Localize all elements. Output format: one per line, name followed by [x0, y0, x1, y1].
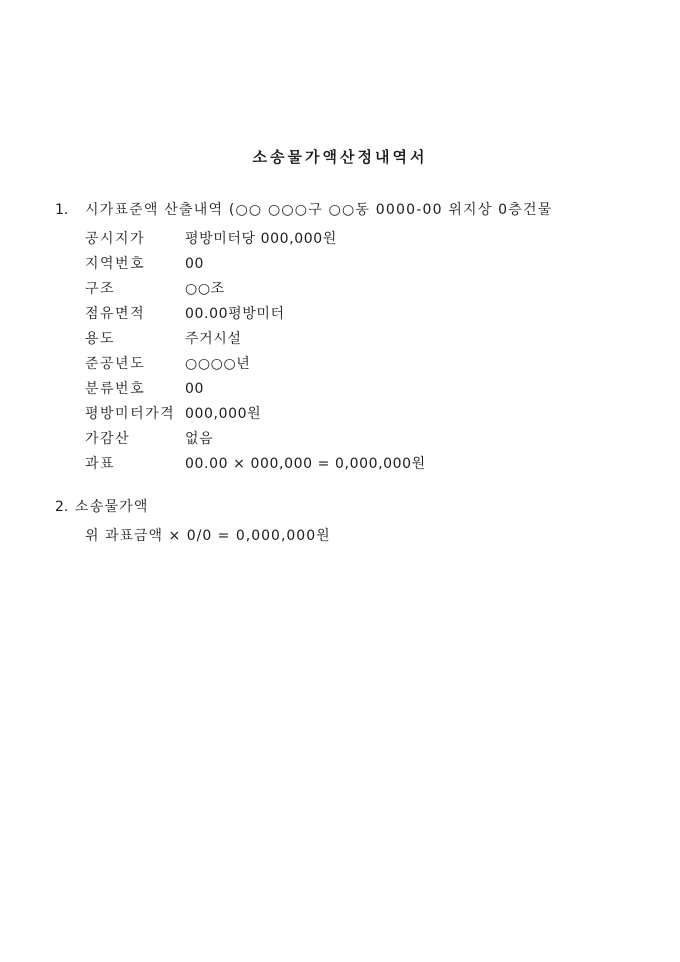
row-label: 평방미터가격: [85, 405, 185, 423]
detail-row-usage: 용도 주거시설: [85, 330, 552, 355]
row-label: 공시지가: [85, 230, 185, 248]
row-value: 주거시설: [185, 330, 242, 348]
section-2-heading: 2. 소송물가액: [55, 498, 331, 516]
detail-row-classification-number: 분류번호 00: [85, 380, 552, 405]
row-label: 지역번호: [85, 255, 185, 273]
detail-row-region-number: 지역번호 00: [85, 255, 552, 280]
row-label: 구조: [85, 280, 185, 298]
detail-row-structure: 구조 ○○조: [85, 280, 552, 305]
row-value: ○○○○년: [185, 355, 250, 373]
row-label: 분류번호: [85, 380, 185, 398]
section-1: 1. 시가표준액 산출내역 (○○ ○○○구 ○○동 0000-00 위지상 0…: [55, 201, 552, 480]
row-value: 000,000원: [185, 405, 261, 423]
detail-rows: 공시지가 평방미터당 000,000원 지역번호 00 구조 ○○조 점유면적 …: [85, 230, 552, 480]
section-2-number: 2.: [55, 498, 75, 516]
detail-row-price-per-sqm: 평방미터가격 000,000원: [85, 405, 552, 430]
row-value: ○○조: [185, 280, 225, 298]
row-value: 00.00평방미터: [185, 305, 285, 323]
row-value: 없음: [185, 430, 213, 448]
section-1-title: 시가표준액 산출내역 (○○ ○○○구 ○○동 0000-00 위지상 0층건물: [85, 201, 552, 219]
document-page: 소송물가액산정내역서 1. 시가표준액 산출내역 (○○ ○○○구 ○○동 00…: [0, 0, 680, 962]
section-2-formula: 위 과표금액 × 0/0 = 0,000,000원: [85, 527, 331, 545]
section-2-title: 소송물가액: [75, 498, 149, 516]
detail-row-occupied-area: 점유면적 00.00평방미터: [85, 305, 552, 330]
row-value: 00: [185, 255, 204, 273]
section-2: 2. 소송물가액 위 과표금액 × 0/0 = 0,000,000원: [55, 498, 331, 545]
row-label: 점유면적: [85, 305, 185, 323]
row-label: 가감산: [85, 430, 185, 448]
row-label: 과표: [85, 455, 185, 473]
document-title: 소송물가액산정내역서: [0, 147, 680, 167]
section-1-number: 1.: [55, 201, 85, 219]
row-label: 용도: [85, 330, 185, 348]
detail-row-adjustment: 가감산 없음: [85, 430, 552, 455]
row-value: 00.00 × 000,000 = 0,000,000원: [185, 455, 426, 473]
row-label: 준공년도: [85, 355, 185, 373]
detail-row-completion-year: 준공년도 ○○○○년: [85, 355, 552, 380]
row-value: 평방미터당 000,000원: [185, 230, 337, 248]
detail-row-official-land-price: 공시지가 평방미터당 000,000원: [85, 230, 552, 255]
detail-row-tax-base: 과표 00.00 × 000,000 = 0,000,000원: [85, 455, 552, 480]
row-value: 00: [185, 380, 204, 398]
section-1-heading: 1. 시가표준액 산출내역 (○○ ○○○구 ○○동 0000-00 위지상 0…: [55, 201, 552, 219]
